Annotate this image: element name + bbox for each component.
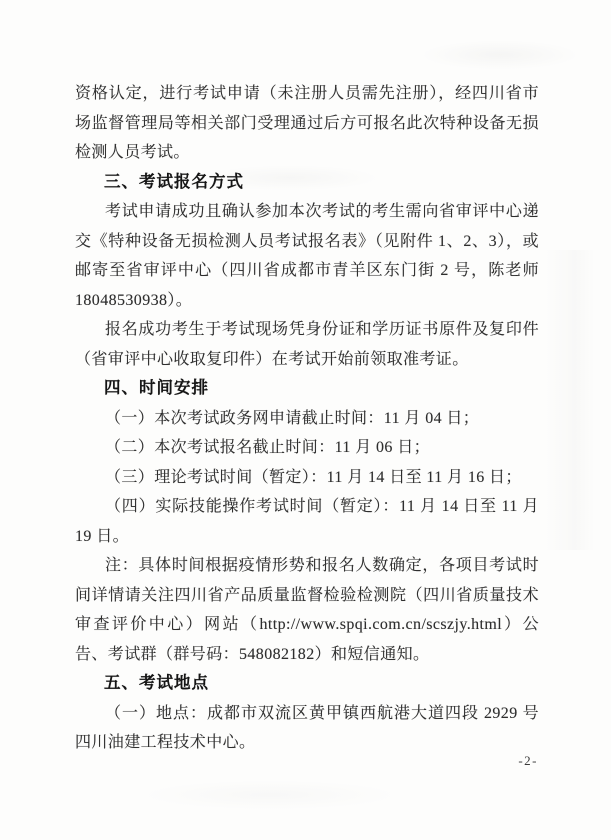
heading-section-4-schedule: 四、时间安排 — [75, 374, 539, 404]
heading-section-3-exam-registration: 三、考试报名方式 — [75, 168, 539, 198]
list-item-2-registration-deadline: （二）本次考试报名截止时间：11 月 06 日； — [75, 433, 539, 463]
heading-section-5-location: 五、考试地点 — [75, 669, 539, 699]
document-page: 资格认定，进行考试申请（未注册人员需先注册），经四川省市场监督管理局等相关部门受… — [0, 0, 611, 840]
paragraph-admission-ticket: 报名成功考生于考试现场凭身份证和学历证书原件及复印件（省审评中心收取复印件）在考… — [75, 315, 539, 374]
paragraph-continued-registration: 资格认定，进行考试申请（未注册人员需先注册），经四川省市场监督管理局等相关部门受… — [75, 79, 539, 168]
paragraph-exam-location: （一）地点：成都市双流区黄甲镇西航港大道四段 2929 号四川油建工程技术中心。 — [75, 699, 539, 758]
scan-smudge — [140, 780, 400, 810]
list-item-4-practical-exam-time: （四）实际技能操作考试时间（暂定）：11 月 14 日至 11 月 19 日。 — [75, 492, 539, 551]
page-content: 资格认定，进行考试申请（未注册人员需先注册），经四川省市场监督管理局等相关部门受… — [75, 79, 539, 758]
list-item-3-theory-exam-time: （三）理论考试时间（暂定）：11 月 14 日至 11 月 16 日； — [75, 463, 539, 493]
scan-smudge — [545, 250, 595, 550]
paragraph-application-submission: 考试申请成功且确认参加本次考试的考生需向省审评中心递交《特种设备无损检测人员考试… — [75, 197, 539, 315]
scan-smudge — [420, 40, 580, 70]
paragraph-note-schedule: 注：具体时间根据疫情形势和报名人数确定，各项目考试时间详情请关注四川省产品质量监… — [75, 551, 539, 669]
page-number: -2- — [518, 753, 538, 769]
list-item-1-application-deadline: （一）本次考试政务网申请截止时间：11 月 04 日； — [75, 404, 539, 434]
